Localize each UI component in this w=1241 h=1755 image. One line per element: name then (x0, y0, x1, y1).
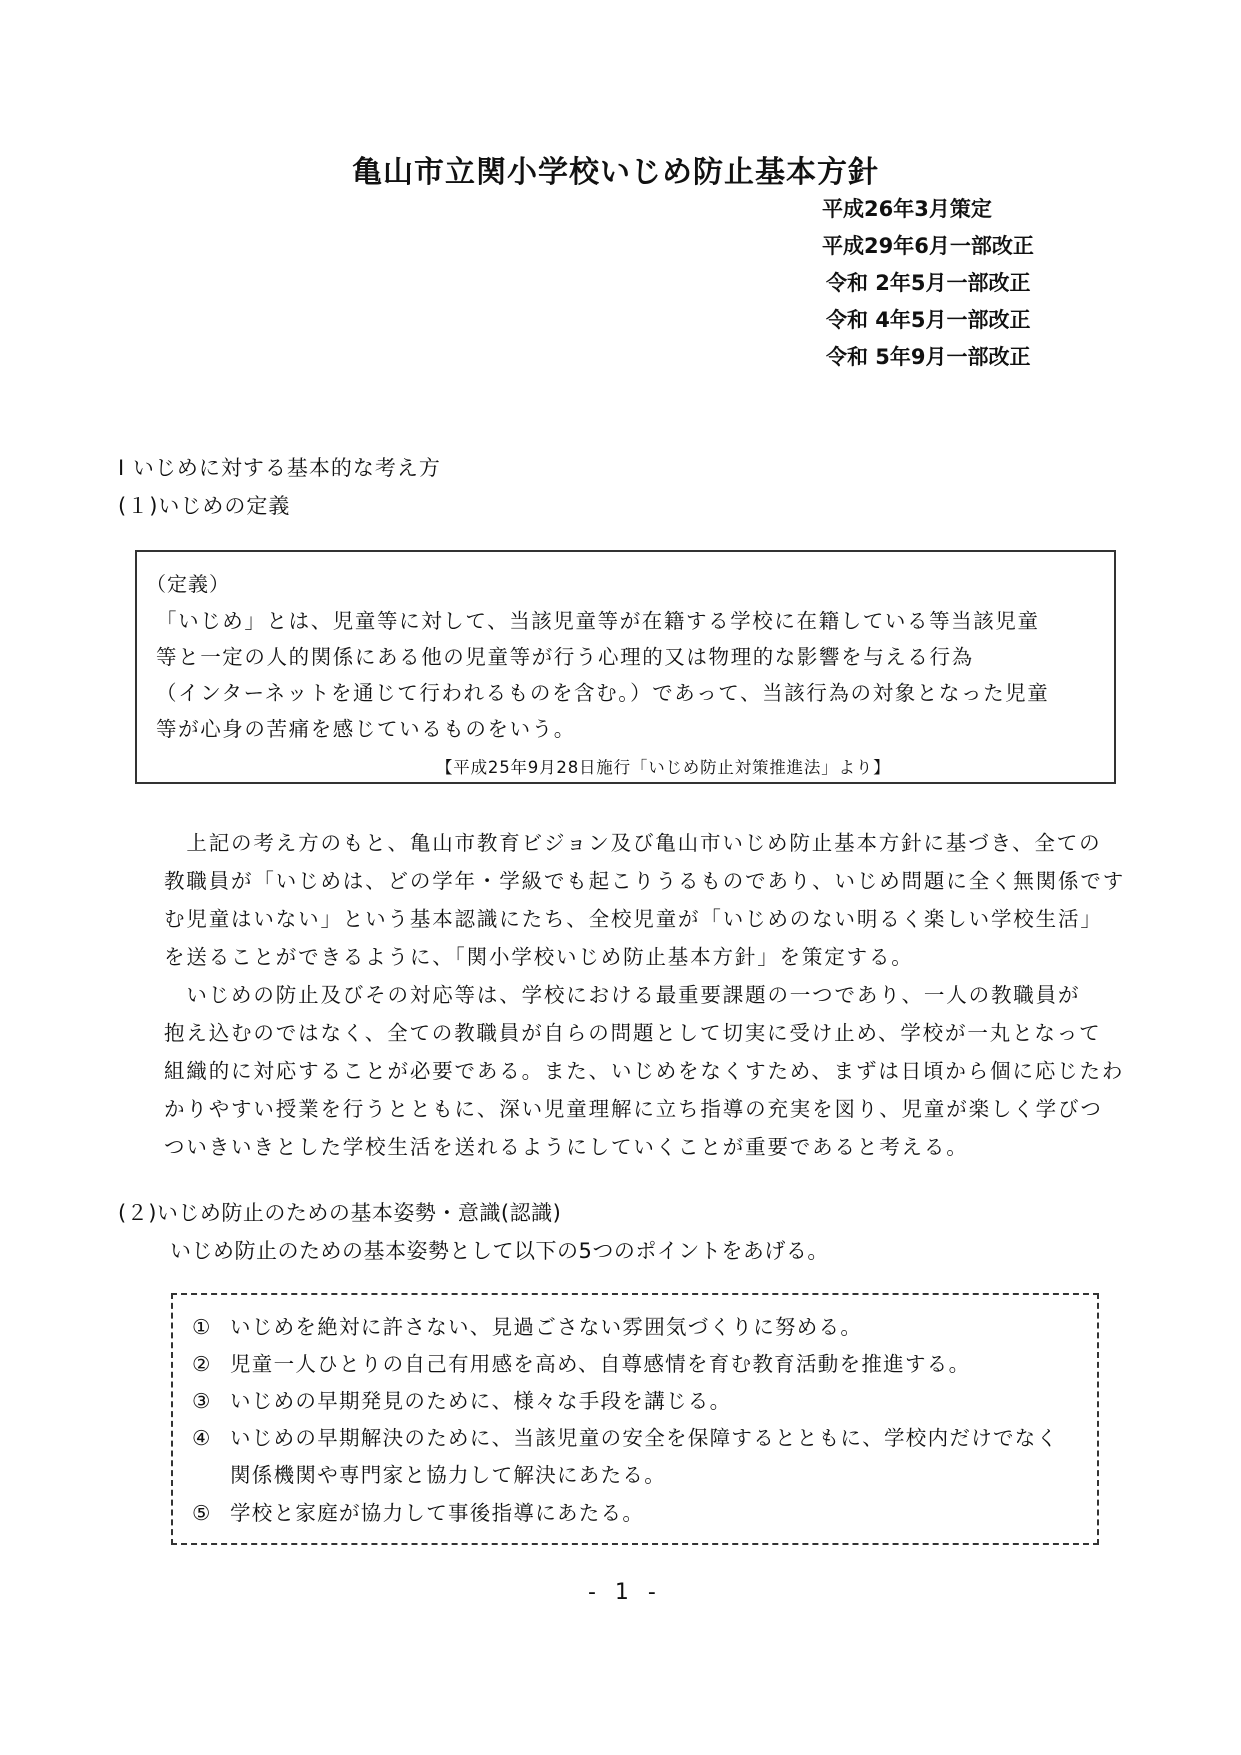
revision-line: 令和 5年9月一部改正 (826, 341, 1031, 371)
point-number: ⑤ (192, 1501, 230, 1525)
point-continuation: 関係機関や専門家と協力して解決にあたる。 (230, 1458, 666, 1488)
point-number: ① (192, 1315, 230, 1339)
point-item: ②児童一人ひとりの自己有用感を高め、自尊感情を育む教育活動を推進する。 (192, 1347, 970, 1377)
point-item: ⑤学校と家庭が協力して事後指導にあたる。 (192, 1496, 644, 1526)
paragraph-line: 組織的に対応することが必要である。また、いじめをなくすため、まずは日頃から個に応… (164, 1054, 1124, 1084)
points-intro: いじめ防止のための基本姿勢として以下の5つのポイントをあげる。 (170, 1235, 829, 1265)
definition-label: （定義） (146, 568, 230, 597)
paragraph-line: ついきいきとした学校生活を送れるようにしていくことが重要であると考える。 (164, 1130, 969, 1160)
revision-line: 令和 4年5月一部改正 (826, 304, 1031, 334)
paragraph-line: いじめの防止及びその対応等は、学校における最重要課題の一つであり、一人の教職員が (164, 978, 1080, 1008)
point-text: いじめを絶対に許さない、見過ごさない雰囲気づくりに努める。 (230, 1315, 862, 1339)
paragraph-line: 上記の考え方のもと、亀山市教育ビジョン及び亀山市いじめ防止基本方針に基づき、全て… (164, 826, 1101, 856)
point-text: 児童一人ひとりの自己有用感を高め、自尊感情を育む教育活動を推進する。 (230, 1352, 970, 1376)
point-text: いじめの早期解決のために、当該児童の安全を保障するとともに、学校内だけでなく (230, 1426, 1058, 1450)
paragraph-line: む児童はいない」という基本認識にたち、全校児童が「いじめのない明るく楽しい学校生… (164, 902, 1103, 932)
point-item: ③いじめの早期発見のために、様々な手段を講じる。 (192, 1384, 731, 1414)
subsection-heading: (２)いじめ防止のための基本姿勢・意識(認識) (118, 1197, 561, 1227)
subsection-heading: (１)いじめの定義 (118, 490, 290, 520)
point-text: 学校と家庭が協力して事後指導にあたる。 (230, 1501, 644, 1525)
page-number: - 1 - (588, 1580, 662, 1605)
point-number: ④ (192, 1426, 230, 1450)
definition-line: 等が心身の苦痛を感じているものをいう。 (156, 712, 576, 742)
section-heading: Ⅰ いじめに対する基本的な考え方 (118, 452, 441, 482)
point-number: ② (192, 1352, 230, 1376)
document-title: 亀山市立関小学校いじめ防止基本方針 (352, 147, 879, 191)
definition-line: 「いじめ」とは、児童等に対して、当該児童等が在籍する学校に在籍している等当該児童 (156, 604, 1040, 634)
paragraph-line: 教職員が「いじめは、どの学年・学級でも起こりうるものであり、いじめ問題に全く無関… (164, 864, 1125, 894)
definition-source: 【平成25年9月28日施行「いじめ防止対策推進法」より】 (436, 754, 890, 778)
point-item: ④いじめの早期解決のために、当該児童の安全を保障するとともに、学校内だけでなく (192, 1421, 1058, 1451)
revision-line: 平成29年6月一部改正 (822, 230, 1034, 260)
point-item: ①いじめを絶対に許さない、見過ごさない雰囲気づくりに努める。 (192, 1310, 862, 1340)
paragraph-line: を送ることができるように、「関小学校いじめ防止基本方針」を策定する。 (164, 940, 914, 970)
revision-line: 平成26年3月策定 (822, 193, 992, 223)
definition-line: （インターネットを通じて行われるものを含む。）であって、当該行為の対象となった児… (156, 676, 1049, 706)
definition-line: 等と一定の人的関係にある他の児童等が行う心理的又は物理的な影響を与える行為 (156, 640, 974, 670)
paragraph-line: 抱え込むのではなく、全ての教職員が自らの問題として切実に受け止め、学校が一丸とな… (164, 1016, 1101, 1046)
paragraph-line: かりやすい授業を行うとともに、深い児童理解に立ち指導の充実を図り、児童が楽しく学… (164, 1092, 1103, 1122)
point-number: ③ (192, 1389, 230, 1413)
point-text: いじめの早期発見のために、様々な手段を講じる。 (230, 1389, 731, 1413)
revision-line: 令和 2年5月一部改正 (826, 267, 1031, 297)
